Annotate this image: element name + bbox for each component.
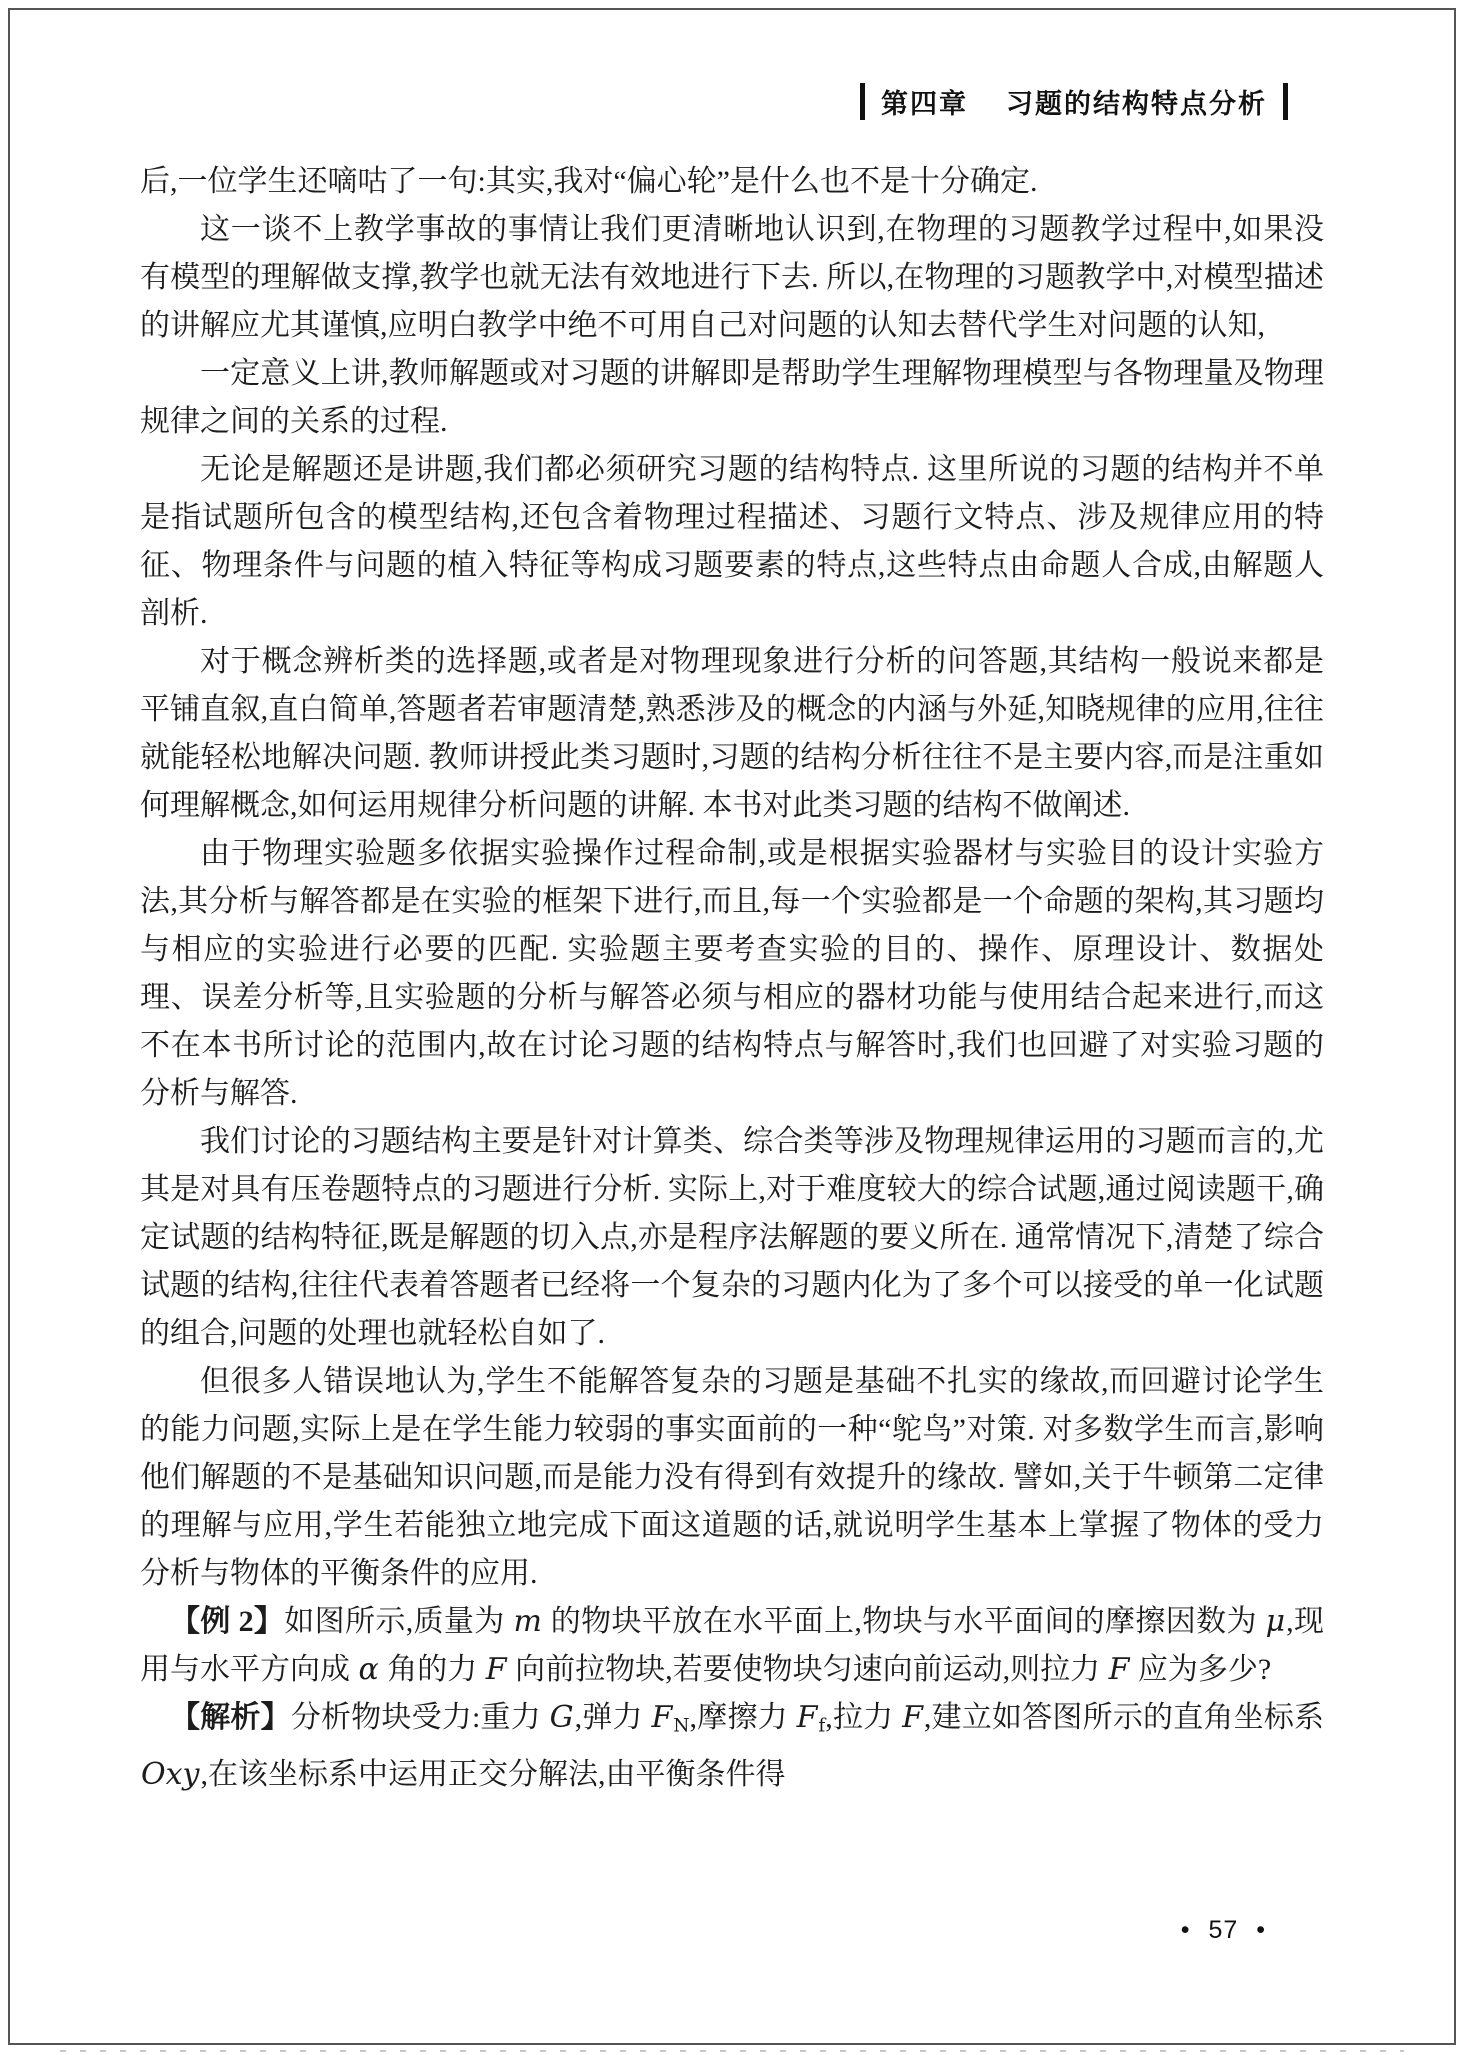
- paragraph: 一定意义上讲,教师解题或对习题的讲解即是帮助学生理解物理模型与各物理量及物理规律…: [140, 350, 1324, 446]
- text-run: 但很多人错误地认为,学生不能解答复杂的习题是基础不扎实的缘故,而回避讨论学生的能…: [140, 1365, 1324, 1590]
- math-text-run: m: [512, 1604, 542, 1639]
- paragraph: 无论是解题还是讲题,我们都必须研究习题的结构特点. 这里所说的习题的结构并不单是…: [140, 446, 1324, 638]
- text-run: 我们讨论的习题结构主要是针对计算类、综合类等涉及物理规律运用的习题而言的,尤其是…: [140, 1125, 1324, 1350]
- chapter-number: 第四章: [881, 82, 968, 121]
- text-run: ,弹力: [575, 1701, 651, 1734]
- math-text-run: F: [1108, 1652, 1131, 1687]
- text-run: 由于物理实验题多依据实验操作过程命制,或是根据实验器材与实验目的设计实验方法,其…: [140, 837, 1324, 1110]
- math-text-run: F: [650, 1700, 673, 1735]
- math-text-run: F: [796, 1700, 819, 1735]
- math-text-run: G: [549, 1700, 575, 1735]
- paragraph: 由于物理实验题多依据实验操作过程命制,或是根据实验器材与实验目的设计实验方法,其…: [140, 830, 1324, 1118]
- text-run: 如图所示,质量为: [284, 1605, 512, 1638]
- text-run: ,拉力: [825, 1701, 901, 1734]
- mathsub-text-run: N: [673, 1716, 689, 1737]
- text-run: 的物块平放在水平面上,物块与水平面间的摩擦因数为: [543, 1605, 1265, 1638]
- text-run: 对于概念辨析类的选择题,或者是对物理现象进行分析的问答题,其结构一般说来都是平铺…: [140, 645, 1324, 822]
- text-run: 一定意义上讲,教师解题或对习题的讲解即是帮助学生理解物理模型与各物理量及物理规律…: [140, 357, 1324, 438]
- paragraph: 【例 2】如图所示,质量为 m 的物块平放在水平面上,物块与水平面间的摩擦因数为…: [140, 1598, 1324, 1694]
- header-rule-left-icon: [860, 83, 865, 120]
- bold-text-run: 【解析】: [170, 1701, 291, 1734]
- text-run: 这一谈不上教学事故的事情让我们更清晰地认识到,在物理的习题教学过程中,如果没有模…: [140, 213, 1324, 342]
- text-run: ,摩擦力: [690, 1701, 796, 1734]
- text-run: ,建立如答图所示的直角坐标系: [924, 1701, 1324, 1734]
- paragraph: 我们讨论的习题结构主要是针对计算类、综合类等涉及物理规律运用的习题而言的,尤其是…: [140, 1118, 1324, 1358]
- math-text-run: Oxy: [140, 1757, 200, 1792]
- paragraph: 【解析】分析物块受力:重力 G,弹力 FN,摩擦力 Ff,拉力 F,建立如答图所…: [140, 1694, 1324, 1799]
- math-text-run: F: [485, 1652, 508, 1687]
- text-run: 角的力: [380, 1653, 485, 1686]
- header-rule-right-icon: [1283, 83, 1288, 120]
- text-run: 应为多少?: [1130, 1653, 1271, 1686]
- page-body: 后,一位学生还嘀咕了一句:其实,我对“偏心轮”是什么也不是十分确定.这一谈不上教…: [140, 158, 1324, 1799]
- math-text-run: α: [358, 1652, 380, 1687]
- text-run: 向前拉物块,若要使物块匀速向前运动,则拉力: [508, 1653, 1108, 1686]
- paragraph: 后,一位学生还嘀咕了一句:其实,我对“偏心轮”是什么也不是十分确定.: [140, 158, 1324, 206]
- paragraph: 这一谈不上教学事故的事情让我们更清晰地认识到,在物理的习题教学过程中,如果没有模…: [140, 206, 1324, 350]
- text-run: 分析物块受力:重力: [291, 1701, 549, 1734]
- scan-artifact: [60, 2050, 1404, 2052]
- chapter-header: 第四章 习题的结构特点分析: [860, 82, 1288, 121]
- page-number: • 57 •: [1181, 1916, 1266, 1945]
- text-run: 无论是解题还是讲题,我们都必须研究习题的结构特点. 这里所说的习题的结构并不单是…: [140, 453, 1324, 630]
- text-run: 后,一位学生还嘀咕了一句:其实,我对“偏心轮”是什么也不是十分确定.: [140, 165, 1037, 198]
- chapter-title: 习题的结构特点分析: [1006, 82, 1267, 121]
- math-text-run: μ: [1265, 1604, 1287, 1639]
- math-text-run: F: [901, 1700, 924, 1735]
- text-run: ,在该坐标系中运用正交分解法,由平衡条件得: [200, 1758, 785, 1791]
- paragraph: 对于概念辨析类的选择题,或者是对物理现象进行分析的问答题,其结构一般说来都是平铺…: [140, 638, 1324, 830]
- book-page: 第四章 习题的结构特点分析 后,一位学生还嘀咕了一句:其实,我对“偏心轮”是什么…: [0, 0, 1464, 2055]
- paragraph: 但很多人错误地认为,学生不能解答复杂的习题是基础不扎实的缘故,而回避讨论学生的能…: [140, 1358, 1324, 1598]
- bold-text-run: 【例 2】: [170, 1605, 284, 1638]
